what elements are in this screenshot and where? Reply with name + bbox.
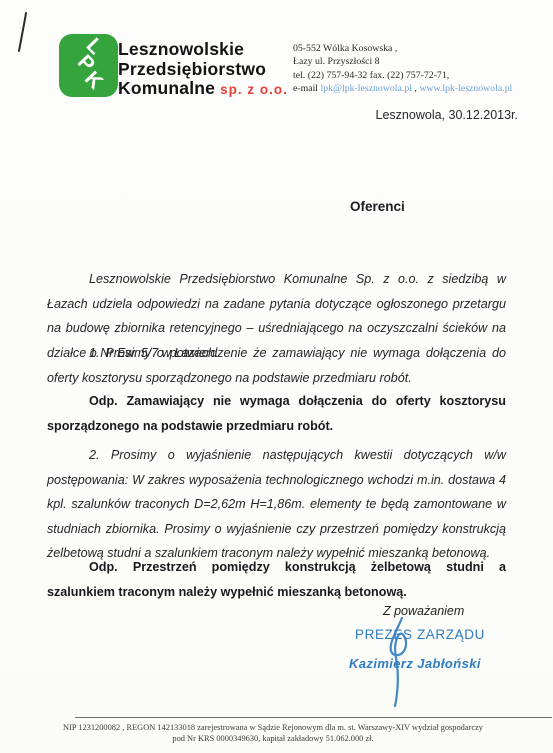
company-name-line2: Przedsiębiorstwo <box>118 60 288 80</box>
company-name-line1: Lesznowolskie <box>118 40 288 60</box>
scan-pen-mark <box>0 0 60 70</box>
email-link[interactable]: lpk@lpk-lesznowola.pl <box>320 83 411 94</box>
footer-line2: pod Nr KRS 0000349630, kapitał zakładowy… <box>40 734 506 745</box>
company-legal-suffix: sp. z o.o. <box>220 82 288 97</box>
company-logo: L P K <box>59 34 118 97</box>
date-line: Lesznowola, 30.12.2013r. <box>376 108 518 122</box>
answer-1: Odp. Zamawiający nie wymaga dołączenia d… <box>47 389 506 438</box>
email-label: e-mail <box>293 83 320 94</box>
contact-block: 05-552 Wólka Kosowska , Łazy ul. Przyszł… <box>293 42 512 96</box>
closing-phrase: Z poważaniem <box>383 604 464 618</box>
question-1: 1. Prosimy o potwierdzenie że zamawiając… <box>47 341 506 390</box>
contact-phone-line: tel. (22) 757-94-32 fax. (22) 757-72-71, <box>293 69 512 82</box>
company-name: Lesznowolskie Przedsiębiorstwo Komunalne… <box>118 40 288 100</box>
footer-divider <box>75 717 552 718</box>
registry-footer: NIP 1231200082 , REGON 142133018 zarejes… <box>40 723 506 745</box>
website-link[interactable]: www.lpk-lesznowola.pl <box>419 83 512 94</box>
company-name-line3: Komunalne sp. z o.o. <box>118 79 288 100</box>
contact-postal-line: 05-552 Wólka Kosowska , <box>293 42 512 55</box>
signer-name-stamp: Kazimierz Jabłoński <box>349 656 481 671</box>
question-2: 2. Prosimy o wyjaśnienie następujących k… <box>47 443 506 566</box>
footer-line1: NIP 1231200082 , REGON 142133018 zarejes… <box>40 723 506 734</box>
letter-page: L P K Lesznowolskie Przedsiębiorstwo Kom… <box>0 0 553 753</box>
recipient-heading: Oferenci <box>350 199 405 214</box>
answer-2: Odp. Przestrzeń pomiędzy konstrukcją żel… <box>47 555 506 604</box>
signer-title-stamp: PREZES ZARZĄDU <box>355 627 485 642</box>
contact-street-line: Łazy ul. Przyszłości 8 <box>293 55 512 68</box>
contact-email-line: e-mail lpk@lpk-lesznowola.pl , www.lpk-l… <box>293 82 512 95</box>
